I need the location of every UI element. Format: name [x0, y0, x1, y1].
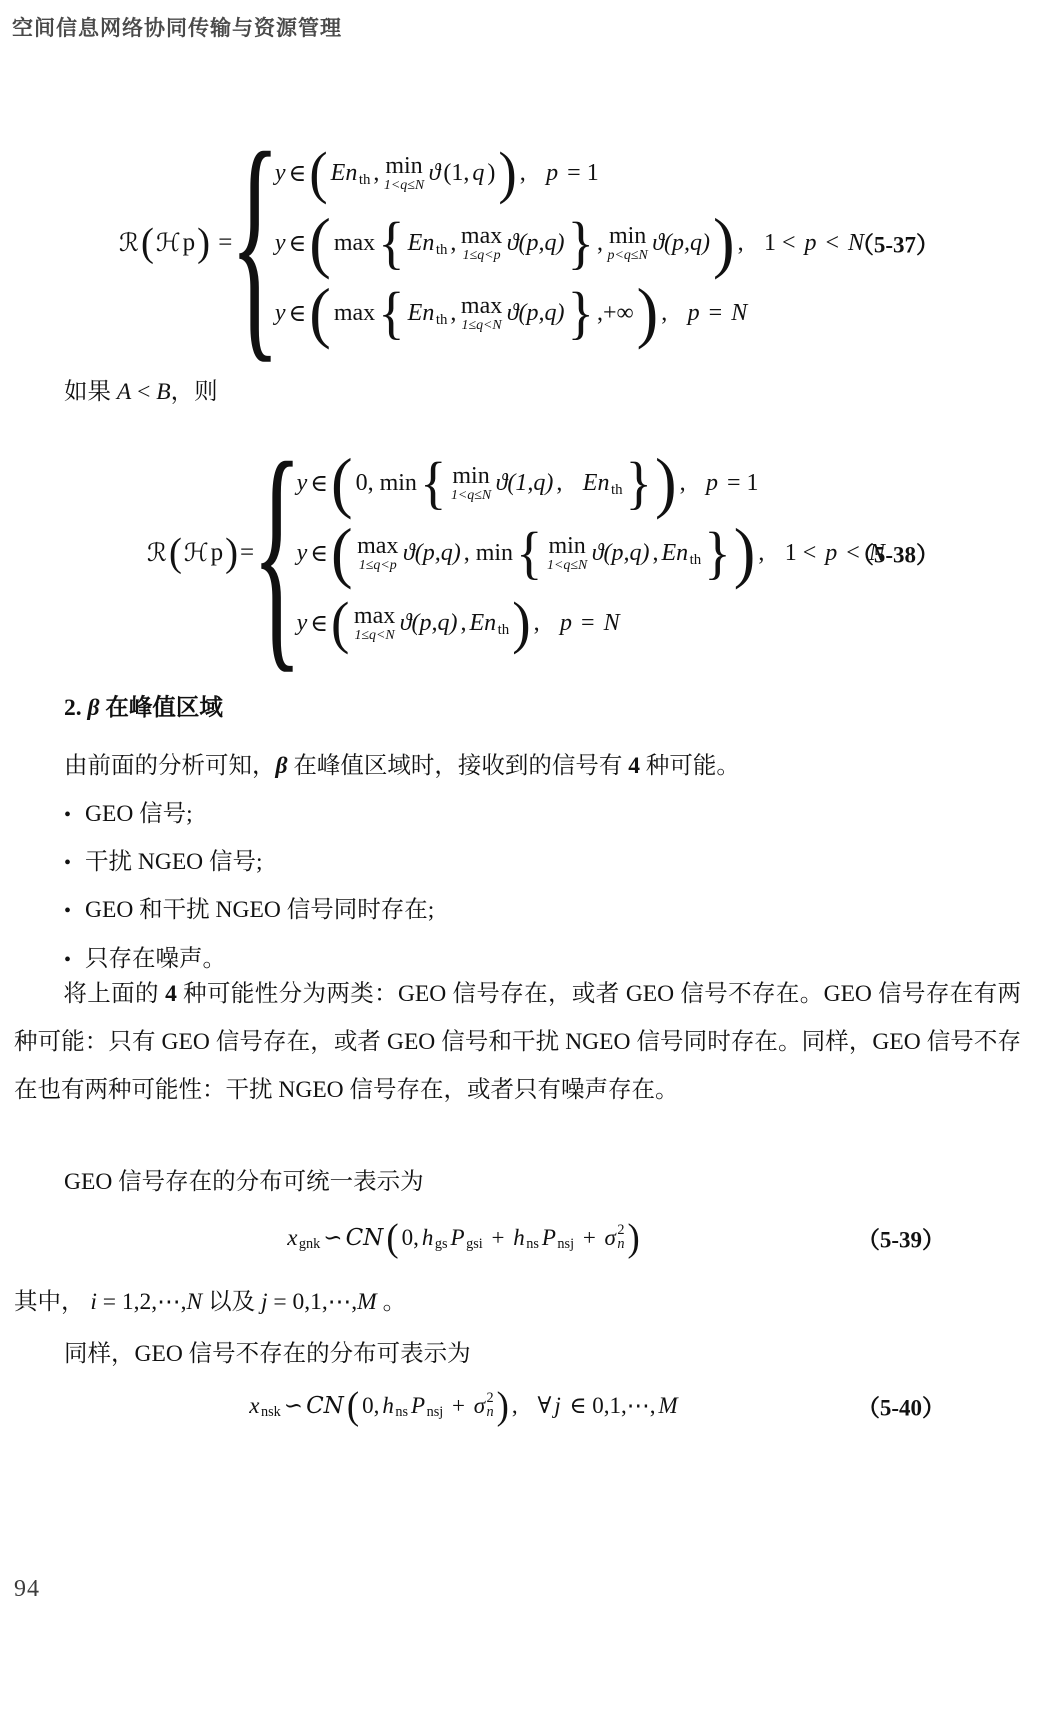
math-token: th: [359, 172, 371, 189]
math-token: ∈: [289, 299, 307, 328]
section-heading: 2. β 在峰值区域: [0, 688, 1037, 722]
math-token: 2n: [617, 1224, 624, 1251]
math-token: p: [546, 160, 558, 187]
bullet-icon: •: [64, 852, 71, 874]
list-item-label: 只存在噪声。: [85, 946, 226, 972]
math-token: p: [805, 230, 817, 257]
math-token: ,: [373, 160, 379, 187]
math-token: ϑ: [429, 160, 441, 187]
math-token: 1<q≤N: [451, 489, 491, 503]
math-token: P: [542, 1225, 556, 1251]
equation-lhs: ℛ(ℋp)=: [146, 538, 255, 568]
cases-brace-icon: {: [237, 118, 273, 368]
math-token: ns: [395, 1404, 408, 1421]
paragraph-classification: 将上面的 4 种可能性分为两类：GEO 信号存在，或者 GEO 信号不存在。GE…: [0, 970, 1037, 1115]
math-token: = 0,1,⋯,: [268, 1289, 358, 1315]
equation-line: xgnk∽CN(0,hgsPgsi + hnsPnsj + σ2n): [286, 1210, 642, 1266]
math-token: 1≤q<N: [354, 629, 394, 643]
math-token: 1≤q<p: [359, 559, 397, 573]
math-token: 0,: [362, 1393, 379, 1419]
math-token: ,: [758, 540, 764, 567]
math-token: th: [611, 482, 623, 499]
math-token: = 1: [721, 470, 759, 497]
math-token: p: [211, 539, 224, 567]
equation-line: y∈(Enth,min1<q≤Nϑ(1,q)),p = 1: [273, 144, 865, 202]
equation-5-38-body: ℛ(ℋp)= { y∈(0, min{min1<q≤Nϑ(1,q),Enth})…: [0, 428, 1037, 678]
math-token: En: [470, 610, 497, 637]
equation-number: （5-38）: [851, 537, 939, 570]
math-token: 其中，: [14, 1289, 90, 1315]
math-token: ∈: [289, 159, 307, 188]
page-number: 94: [14, 1576, 40, 1603]
equation-number: （5-40）: [857, 1390, 945, 1423]
math-token: ℛ: [147, 538, 167, 568]
math-token: max1≤q<p: [357, 534, 398, 573]
equation-5-39: xgnk∽CN(0,hgsPgsi + hnsPnsj + σ2n) （5-39…: [0, 1210, 1037, 1266]
math-token: B: [156, 379, 170, 405]
math-token: max1≤q<N: [354, 604, 395, 643]
math-token: p: [706, 470, 718, 497]
math-token: ,: [661, 300, 667, 327]
paragraph-if-condition: 如果 A < B，则: [0, 368, 1037, 416]
math-token: σ: [474, 1393, 485, 1419]
math-token: ∈: [310, 469, 328, 498]
equation-line: y∈(max1≤q<Nϑ(p,q),Enth),p = N: [295, 594, 886, 652]
math-token: ,: [556, 470, 562, 497]
math-token: (1,: [443, 160, 469, 187]
math-token: ,: [450, 230, 456, 257]
math-token: 将上面的: [63, 981, 165, 1007]
math-token: 2.: [64, 695, 88, 721]
equation-cases: y∈(Enth,min1<q≤Nϑ(1,q)),p = 1 y∈(max{Ent…: [273, 144, 865, 342]
math-token: p: [688, 300, 700, 327]
equation-lhs: ℛ(ℋp) =: [118, 228, 233, 258]
math-token: n: [487, 1406, 494, 1420]
math-token: 种可能。: [640, 753, 740, 779]
math-token: max1≤q<p: [461, 224, 502, 263]
math-token: ϑ(p,q): [592, 540, 650, 567]
math-token: En: [408, 300, 435, 327]
math-token: 1<q≤N: [384, 179, 424, 193]
math-token: 在峰值区域: [100, 695, 223, 721]
math-token: h: [382, 1393, 394, 1419]
cases-brace-icon: {: [259, 428, 295, 678]
paragraph-geo-distribution: GEO 信号存在的分布可统一表示为: [0, 1158, 1037, 1206]
math-token: 0,: [402, 1225, 419, 1251]
list-item: •GEO 信号;: [64, 790, 1037, 838]
math-token: 1≤q<N: [461, 319, 501, 333]
math-token: min1<q≤N: [547, 534, 587, 573]
math-token: gnk: [299, 1236, 320, 1253]
math-token: σ: [605, 1225, 616, 1251]
list-item: •GEO 和干扰 NGEO 信号同时存在;: [64, 886, 1037, 934]
math-token: ∈ 0,1,⋯,: [564, 1393, 656, 1419]
equation-5-37: ℛ(ℋp) = { y∈(Enth,min1<q≤Nϑ(1,q)),p = 1 …: [0, 118, 1037, 368]
math-token: max: [461, 294, 502, 318]
equation-number: （5-37）: [851, 227, 939, 260]
math-token: h: [422, 1225, 434, 1251]
math-token: En: [583, 470, 610, 497]
paragraph-where: 其中， i = 1,2,⋯,N 以及 j = 0,1,⋯,M 。: [0, 1278, 1037, 1326]
math-token: gsi: [466, 1236, 483, 1253]
paragraph-ngeo-distribution: 同样，GEO 信号不存在的分布可表示为: [0, 1330, 1037, 1378]
math-token: max: [357, 534, 398, 558]
math-token: min: [609, 224, 646, 248]
math-token: minp<q≤N: [608, 224, 648, 263]
math-token: ∽: [323, 1225, 342, 1251]
math-token: 在峰值区域时，接收到的信号有: [288, 753, 629, 779]
math-token: max: [354, 604, 395, 628]
bullet-icon: •: [64, 900, 71, 922]
math-token: ϑ(p,q): [400, 610, 458, 637]
equation-line: y∈(0, min{min1<q≤Nϑ(1,q),Enth}),p = 1: [295, 454, 886, 512]
math-token: min1<q≤N: [451, 464, 491, 503]
math-token: <: [820, 230, 846, 257]
math-token: min: [548, 534, 585, 558]
math-token: N: [187, 1289, 203, 1315]
list-item-label: 干扰 NGEO 信号;: [85, 849, 263, 875]
bullet-icon: •: [64, 949, 71, 971]
equation-5-39-body: xgnk∽CN(0,hgsPgsi + hnsPnsj + σ2n) （5-39…: [0, 1210, 1037, 1266]
math-token: ,: [653, 540, 659, 567]
math-token: p: [183, 229, 196, 257]
math-token: ,: [520, 160, 526, 187]
math-token: 1 <: [785, 540, 823, 567]
math-token: nsk: [261, 1404, 281, 1421]
math-token: min: [385, 154, 422, 178]
math-token: max1≤q<N: [461, 294, 502, 333]
math-token: 由前面的分析可知，: [64, 753, 276, 779]
math-token: ∈: [289, 229, 307, 258]
equation-line: y∈(max1≤q<pϑ(p,q), min{min1<q≤Nϑ(p,q),En…: [295, 524, 886, 582]
math-token: ,: [534, 610, 540, 637]
math-token: ℋ: [184, 538, 209, 568]
list-item-label: GEO 和干扰 NGEO 信号同时存在;: [85, 897, 434, 923]
math-token: A: [117, 379, 131, 405]
math-token: =: [575, 610, 601, 637]
math-token: 0, min: [356, 470, 417, 497]
book-page: 空间信息网络协同传输与资源管理 ℛ(ℋp) = { y∈(Enth,min1<q…: [0, 0, 1037, 1717]
math-token: j: [554, 1393, 560, 1419]
math-token: ∈: [310, 609, 328, 638]
math-token: h: [513, 1225, 525, 1251]
math-token: M: [357, 1289, 377, 1315]
equation-5-40: xnsk∽CN(0,hnsPnsj + σ2n),∀j ∈ 0,1,⋯,M （5…: [0, 1378, 1037, 1434]
math-token: =: [703, 300, 729, 327]
math-token: En: [662, 540, 689, 567]
math-token: ℛ: [119, 228, 139, 258]
math-token: ϑ(p,q): [403, 540, 461, 567]
math-token: gs: [435, 1236, 448, 1253]
math-token: , min: [464, 540, 513, 567]
math-token: P: [451, 1225, 465, 1251]
math-token: M: [659, 1393, 678, 1419]
math-token: ,: [738, 230, 744, 257]
math-token: nsj: [427, 1404, 444, 1421]
math-token: n: [617, 1238, 624, 1252]
math-token: ∀: [537, 1393, 551, 1419]
math-token: p: [560, 610, 572, 637]
book-title-header: 空间信息网络协同传输与资源管理: [12, 12, 342, 42]
equation-cases: y∈(0, min{min1<q≤Nϑ(1,q),Enth}),p = 1 y∈…: [295, 454, 886, 652]
math-token: P: [411, 1393, 425, 1419]
math-token: ,: [597, 230, 603, 257]
math-token: ϑ(p,q): [652, 230, 710, 257]
math-token: 1<q≤N: [547, 559, 587, 573]
math-token: max: [461, 224, 502, 248]
equation-5-40-body: xnsk∽CN(0,hnsPnsj + σ2n),∀j ∈ 0,1,⋯,M （5…: [0, 1378, 1037, 1434]
equation-line: y∈(max{Enth,max1≤q<pϑ(p,q)},minp<q≤Nϑ(p,…: [273, 214, 865, 272]
math-token: En: [331, 160, 358, 187]
math-token: 1≤q<p: [463, 249, 501, 263]
math-token: th: [436, 312, 448, 329]
math-token: ,: [450, 300, 456, 327]
bullet-icon: •: [64, 804, 71, 826]
math-token: En: [408, 230, 435, 257]
math-token: ∈: [310, 539, 328, 568]
math-token: ϑ(p,q): [507, 300, 565, 327]
math-token: ,: [512, 1393, 518, 1419]
math-token: <: [131, 379, 156, 405]
math-token: N: [604, 610, 620, 637]
math-token: = 1: [561, 160, 599, 187]
equation-line: xnsk∽CN(0,hnsPnsj + σ2n),∀j ∈ 0,1,⋯,M: [248, 1378, 679, 1434]
math-token: +: [577, 1225, 601, 1251]
math-token: 4: [628, 753, 640, 779]
math-token: ns: [526, 1236, 539, 1253]
math-token: +: [486, 1225, 510, 1251]
math-token: max: [334, 230, 375, 257]
equation-5-38: ℛ(ℋp)= { y∈(0, min{min1<q≤Nϑ(1,q),Enth})…: [0, 428, 1037, 678]
math-token: 4: [165, 981, 177, 1007]
math-token: min: [452, 464, 489, 488]
math-token: th: [690, 552, 702, 569]
math-token: β: [88, 695, 100, 721]
math-token: ,: [680, 470, 686, 497]
math-token: CN: [346, 1225, 384, 1251]
math-token: ,: [461, 610, 467, 637]
math-token: q: [472, 160, 484, 187]
math-token: x: [287, 1225, 297, 1251]
paragraph-intro: 由前面的分析可知，β 在峰值区域时，接收到的信号有 4 种可能。: [0, 742, 1037, 790]
math-token: p<q≤N: [608, 249, 648, 263]
list-item-label: GEO 信号;: [85, 801, 193, 827]
math-token: N: [731, 300, 747, 327]
math-token: x: [249, 1393, 259, 1419]
math-token: 2n: [487, 1392, 494, 1419]
math-token: = 1,2,⋯,: [97, 1289, 187, 1315]
math-token: ): [487, 160, 495, 187]
math-token: ϑ(1,q): [496, 470, 554, 497]
math-token: 1 <: [764, 230, 802, 257]
math-token: ,+∞: [597, 300, 634, 327]
math-token: +: [446, 1393, 470, 1419]
math-token: CN: [306, 1393, 344, 1419]
equation-number: （5-39）: [857, 1222, 945, 1255]
math-token: ∽: [284, 1393, 303, 1419]
equation-line: y∈(max{Enth,max1≤q<Nϑ(p,q)},+∞),p = N: [273, 284, 865, 342]
math-token: nsj: [557, 1236, 574, 1253]
list-item: •干扰 NGEO 信号;: [64, 838, 1037, 886]
math-token: ϑ(p,q): [507, 230, 565, 257]
math-token: 。: [377, 1289, 406, 1315]
math-token: 如果: [64, 379, 117, 405]
math-token: th: [436, 242, 448, 259]
signal-type-list: •GEO 信号; •干扰 NGEO 信号; •GEO 和干扰 NGEO 信号同时…: [0, 790, 1037, 983]
math-token: ℋ: [156, 228, 181, 258]
math-token: 以及: [202, 1289, 261, 1315]
math-token: β: [276, 753, 288, 779]
math-token: p: [825, 540, 837, 567]
math-token: max: [334, 300, 375, 327]
math-token: min1<q≤N: [384, 154, 424, 193]
math-token: th: [498, 622, 510, 639]
math-token: ，则: [171, 379, 218, 405]
equation-5-37-body: ℛ(ℋp) = { y∈(Enth,min1<q≤Nϑ(1,q)),p = 1 …: [0, 118, 1037, 368]
